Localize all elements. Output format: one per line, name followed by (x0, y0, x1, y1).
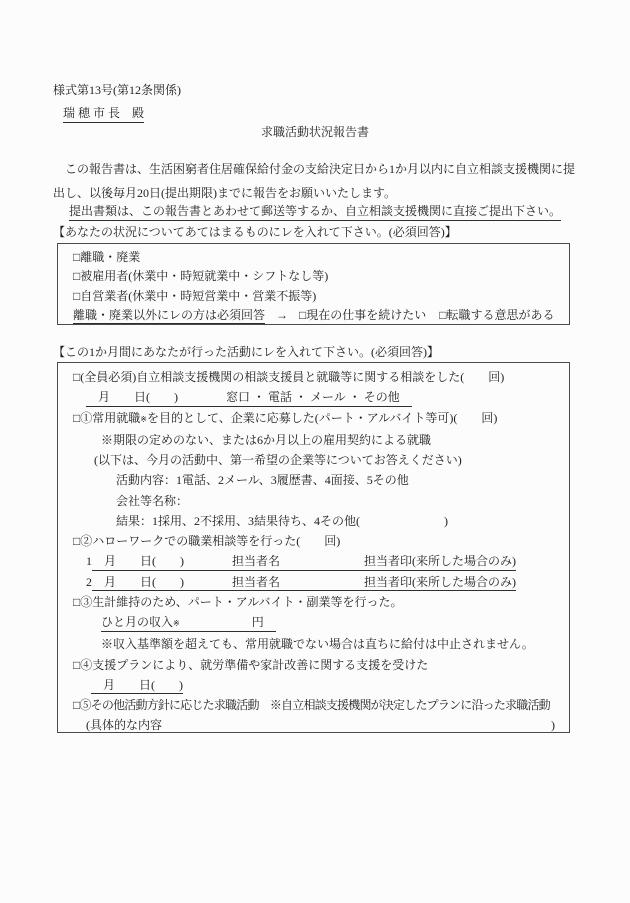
employment-note: ※期限の定めのない、または6か月以上の雇用契約による就職 (58, 430, 569, 450)
income-label: ひと月の収入 (101, 615, 173, 629)
income-field: ひと月の収入※ 円 (101, 615, 276, 632)
option-label: 離職・廃業 (80, 250, 140, 264)
support-plan-date-fields: 月 日( ) (91, 678, 183, 695)
support-plan-label: ④支援プランにより、就労準備や家計改善に関する支援を受けた (80, 658, 428, 672)
hellowork-row-fields: 月 日( ) 担当者名 担当者印(来所した場合のみ) (92, 554, 516, 571)
income-note: ※収入基準額を超えても、常用就職でない場合は直ちに給付は中止されません。 (58, 634, 569, 654)
followup-option-label: 転職する意思がある (447, 308, 555, 322)
reference-mark-icon: ※ (173, 619, 180, 628)
document-title: 求職活動状況報告書 (0, 125, 630, 140)
income-line: ひと月の収入※ 円 (58, 612, 569, 634)
status-options-box: □離職・廃業 □被雇用者(休業中・時短就業中・シフトなし等) □自営業者(休業中… (57, 243, 570, 325)
result-line: 結果：1採用、2不採用、3結果待ち、4その他( ) (58, 511, 569, 531)
status-option-resignation: □離職・廃業 (58, 248, 569, 267)
company-name-line: 会社等名称： (58, 491, 569, 511)
other-activity-option: □⑤その他活動方針に応じた求職活動 ※自立相談支援機関が決定したプランに沿った求… (58, 695, 569, 715)
hellowork-row-1: 1 月 日( ) 担当者名 担当者印(来所した場合のみ) (58, 551, 569, 571)
employment-label-post: を目的として、企業に応募した(パート・アルバイト等可)( 回) (147, 411, 497, 425)
other-activity-label: ⑤その他活動方針に応じた求職活動 ※自立相談支援機関が決定したプランに沿った求職… (79, 698, 549, 712)
status-required-followup-line: 離職・廃業以外にレの方は必須回答→□現在の仕事を続けたい□転職する意思がある (58, 306, 569, 325)
status-section-heading: 【あなたの状況についてあてはまるものにレを入れて下さい。(必須回答)】 (53, 225, 457, 240)
arrow-icon: → (276, 308, 288, 322)
detail-close-paren: ) (551, 715, 555, 735)
employment-label-pre: ①常用就職 (80, 411, 140, 425)
status-option-employee: □被雇用者(休業中・時短就業中・シフトなし等) (58, 267, 569, 286)
activity-content-line: 活動内容：1電話、2メール、3履歴書、4面接、5その他 (58, 470, 569, 490)
submission-note-text: 提出書類は、この報告書とあわせて郵送等するか、自立相談支援機関に直接ご提出下さい… (69, 204, 561, 221)
required-note: 離職・廃業以外にレの方は必須回答 (73, 308, 265, 325)
hellowork-label: ②ハローワークでの職業相談等を行った( 回) (80, 534, 340, 548)
intro-paragraph-line-2: 出し、以後毎月20日(提出期限)までに報告をお願いいたします。 (53, 186, 396, 201)
activity-section-heading: 【この1か月間にあなたが行った活動にレを入れて下さい。(必須回答)】 (53, 345, 439, 360)
income-unit: 円 (180, 615, 276, 629)
document-page: 様式第13号(第12条関係) 瑞 穂 市 長 殿 求職活動状況報告書 この報告書… (0, 0, 630, 903)
consult-date-fields: 月 日( ) 窓口 ・ 電話 ・ メール ・ その他 (86, 390, 412, 407)
consult-label: (全員必須)自立相談支援機関の相談支援員と就職等に関する相談をした( 回) (80, 370, 504, 384)
first-choice-intro: (以下は、今月の活動中、第一希望の企業等についてお答えください) (58, 450, 569, 470)
followup-option-label: 現在の仕事を続けたい (306, 308, 426, 322)
support-plan-option: □④支援プランにより、就労準備や家計改善に関する支援を受けた (58, 655, 569, 675)
hellowork-option: □②ハローワークでの職業相談等を行った( 回) (58, 531, 569, 551)
reference-mark-icon: ※ (140, 415, 147, 424)
consult-option: □(全員必須)自立相談支援機関の相談支援員と就職等に関する相談をした( 回) (58, 367, 569, 387)
option-label: 自営業者(休業中・時短営業中・営業不振等) (80, 289, 316, 303)
checkbox-icon[interactable]: □ (439, 308, 446, 322)
addressee-text: 瑞 穂 市 長 殿 (63, 106, 144, 123)
hellowork-row-2: 2 月 日( ) 担当者名 担当者印(来所した場合のみ) (58, 572, 569, 592)
form-number: 様式第13号(第12条関係) (53, 83, 181, 98)
status-option-self-employed: □自営業者(休業中・時短営業中・営業不振等) (58, 287, 569, 306)
activity-box: □(全員必須)自立相談支援機関の相談支援員と就職等に関する相談をした( 回) 月… (57, 362, 570, 733)
support-plan-date-line: 月 日( ) (58, 675, 569, 695)
intro-paragraph-line-1: この報告書は、生活困窮者住居確保給付金の支給決定日から1か月以内に自立相談支援機… (53, 162, 575, 177)
submission-note: 提出書類は、この報告書とあわせて郵送等するか、自立相談支援機関に直接ご提出下さい… (69, 204, 561, 219)
employment-option: □①常用就職※を目的として、企業に応募した(パート・アルバイト等可)( 回) (58, 408, 569, 430)
subsistence-option: □③生計維持のため、パート・アルバイト・副業等を行った。 (58, 592, 569, 612)
detail-line: (具体的な内容) (58, 715, 569, 735)
hellowork-row-fields: 月 日( ) 担当者名 担当者印(来所した場合のみ) (92, 575, 516, 592)
detail-open-label: (具体的な内容 (86, 715, 162, 735)
option-label: 被雇用者(休業中・時短就業中・シフトなし等) (80, 269, 328, 283)
subsistence-label: ③生計維持のため、パート・アルバイト・副業等を行った。 (80, 595, 402, 609)
consult-date-line: 月 日( ) 窓口 ・ 電話 ・ メール ・ その他 (58, 387, 569, 407)
addressee: 瑞 穂 市 長 殿 (63, 106, 144, 121)
